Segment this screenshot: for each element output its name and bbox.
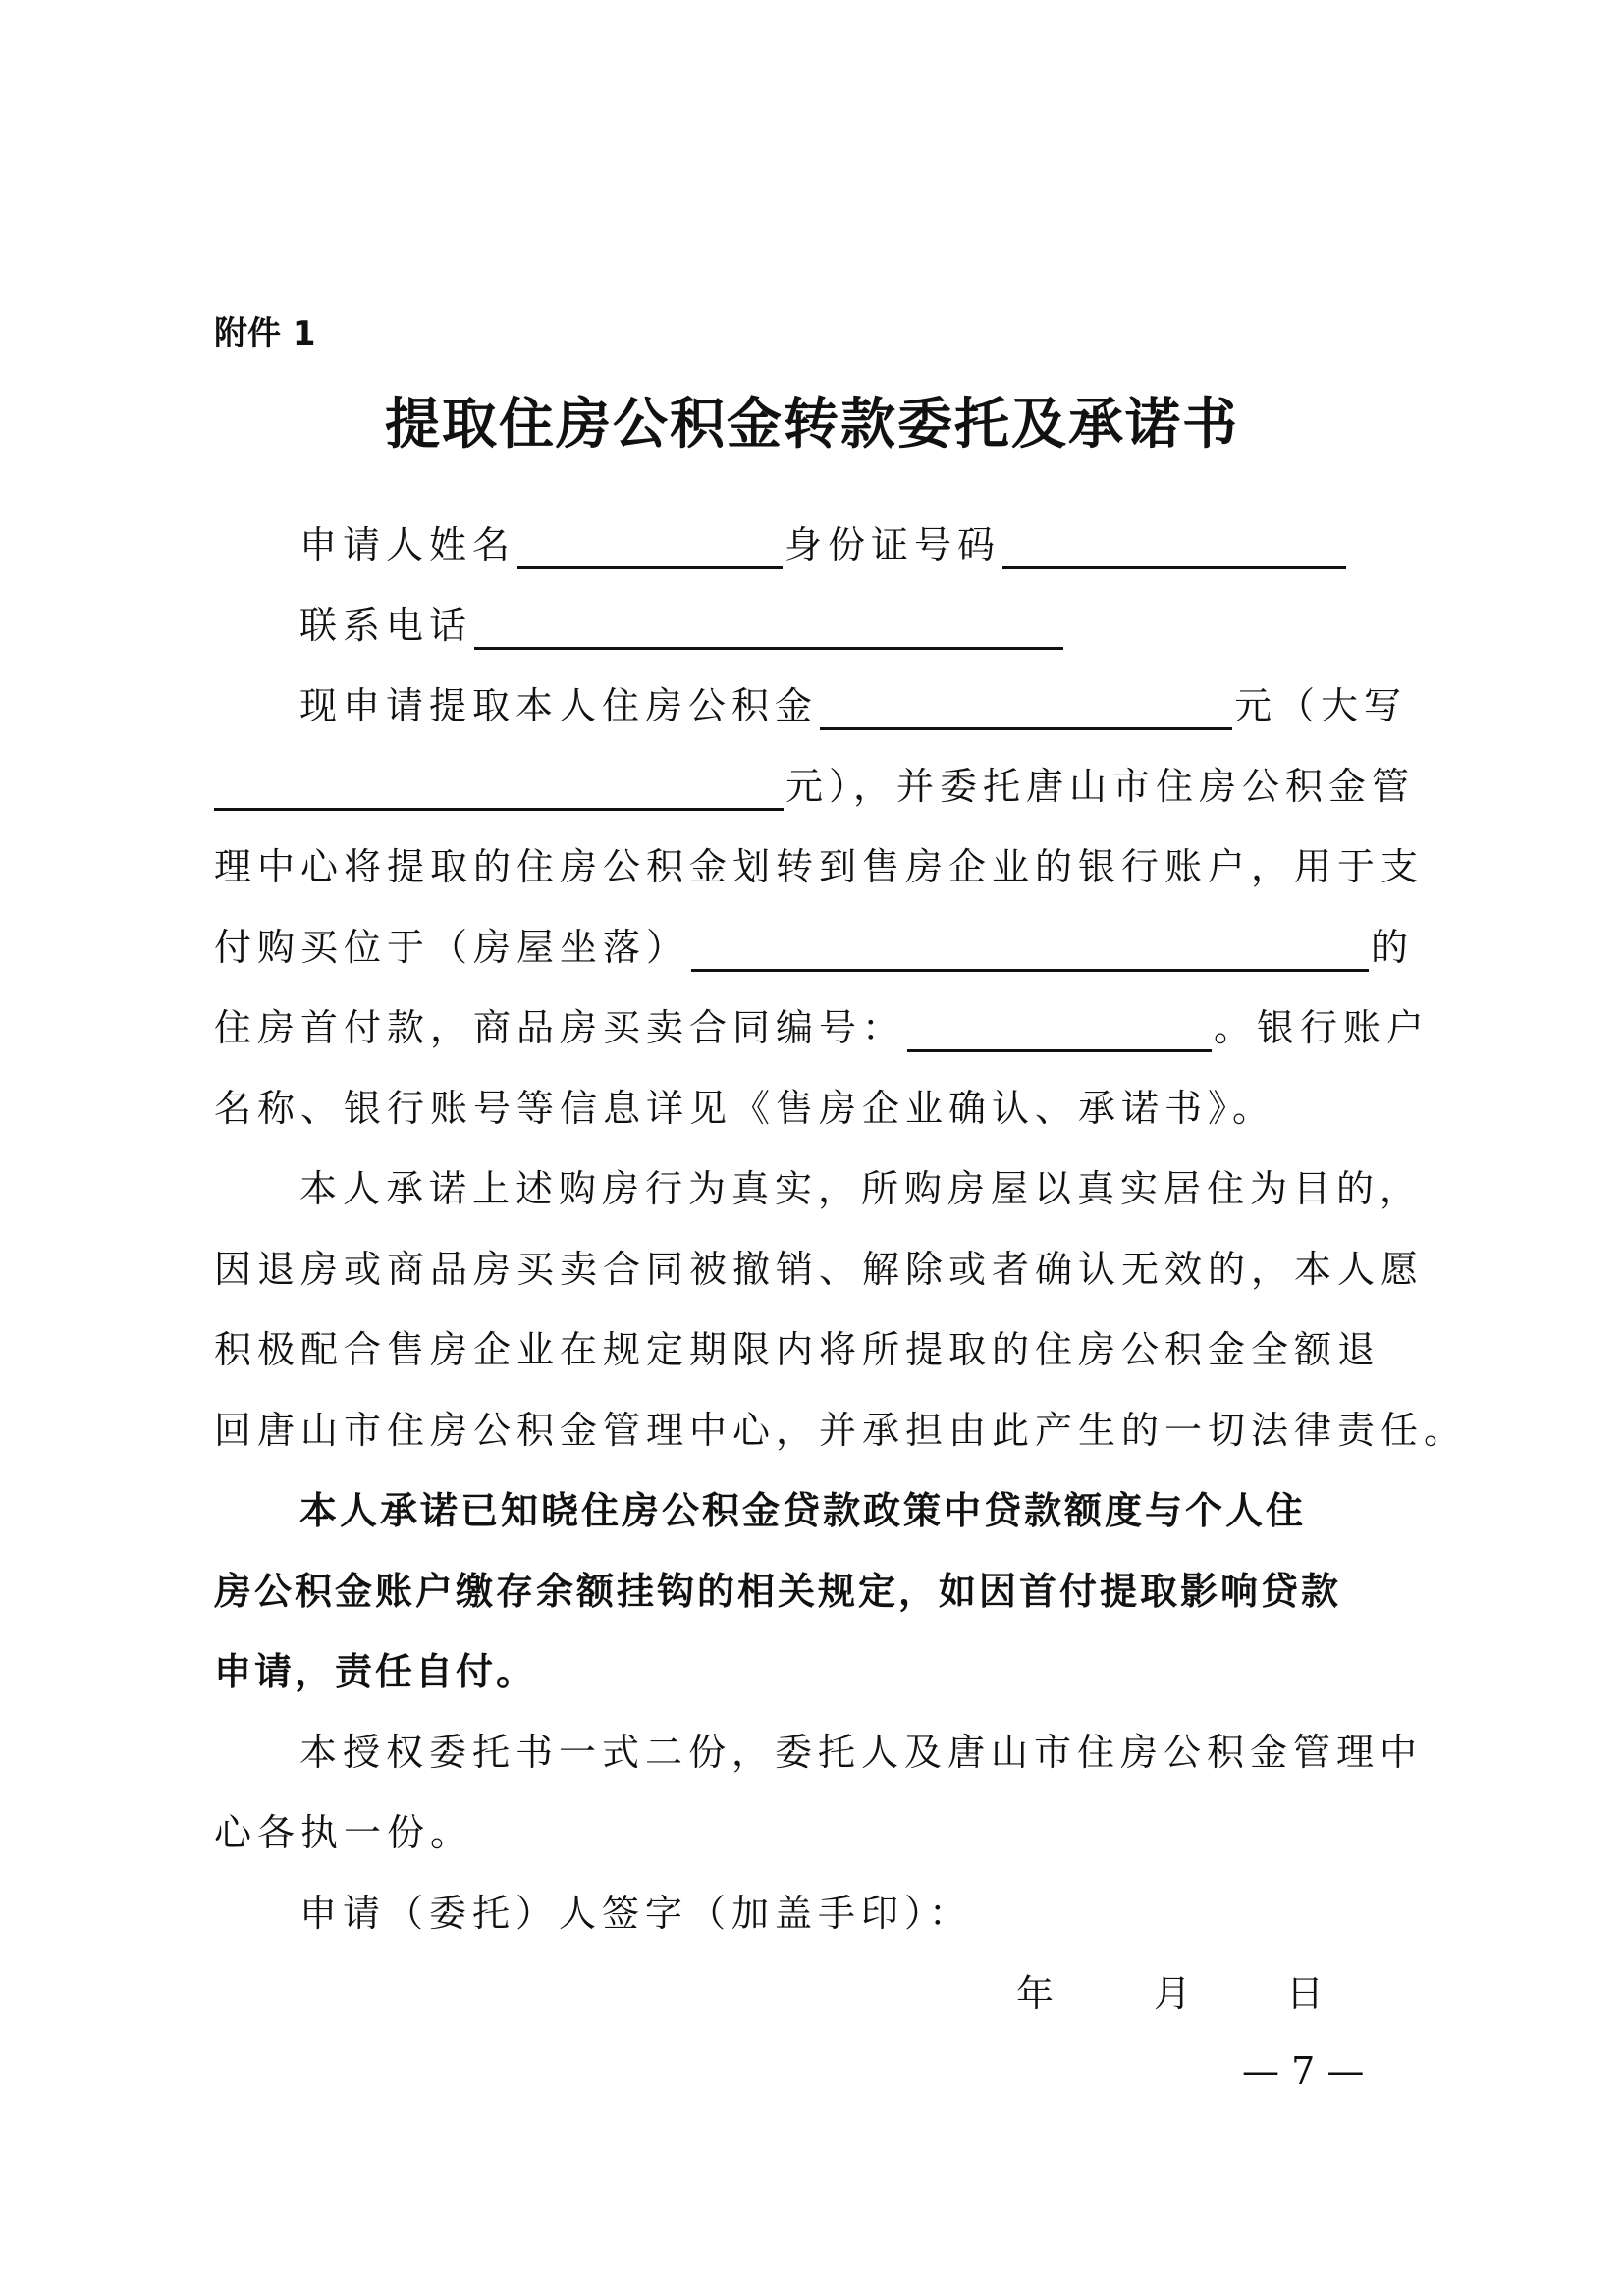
para2-line2: 因退房或商品房买卖合同被撤销、解除或者确认无效的，本人愿 bbox=[214, 1245, 1424, 1294]
amount-uppercase-field[interactable] bbox=[214, 773, 784, 811]
para3-line1: 本人承诺已知晓住房公积金贷款政策中贷款额度与个人住 bbox=[299, 1486, 1306, 1535]
date-month: 月 bbox=[1154, 1969, 1197, 2018]
id-number-field[interactable] bbox=[1002, 531, 1346, 569]
applicant-info-row: 申请人姓名身份证号码 bbox=[299, 520, 1348, 569]
para4-line2: 心各执一份。 bbox=[214, 1808, 473, 1857]
date-day: 日 bbox=[1286, 1969, 1329, 2018]
phone-label: 联系电话 bbox=[299, 604, 472, 647]
para1-line5: 住房首付款，商品房买卖合同编号：。银行账户 bbox=[214, 1003, 1430, 1052]
date-year: 年 bbox=[1016, 1969, 1059, 2018]
property-location-field[interactable] bbox=[691, 934, 1369, 972]
para3-line2: 房公积金账户缴存余额挂钩的相关规定，如因首付提取影响贷款 bbox=[214, 1567, 1341, 1616]
para1-line6: 名称、银行账号等信息详见《售房企业确认、承诺书》。 bbox=[214, 1084, 1275, 1133]
para1-line4: 付购买位于（房屋坐落）的 bbox=[214, 923, 1414, 972]
para3-line3: 申请，责任自付。 bbox=[214, 1647, 536, 1696]
para1-text: 的 bbox=[1371, 926, 1414, 969]
para4-line1: 本授权委托书一式二份，委托人及唐山市住房公积金管理中 bbox=[299, 1728, 1423, 1777]
para1-line3: 理中心将提取的住房公积金划转到售房企业的银行账户，用于支 bbox=[214, 842, 1424, 891]
para2-line1: 本人承诺上述购房行为真实，所购房屋以真实居住为目的， bbox=[299, 1164, 1423, 1213]
phone-row: 联系电话 bbox=[299, 601, 1065, 650]
para1-text: 。银行账户 bbox=[1214, 1006, 1430, 1049]
para2-line3: 积极配合售房企业在规定期限内将所提取的住房公积金全额退 bbox=[214, 1325, 1380, 1374]
para1-text: 元），并委托唐山市住房公积金管 bbox=[785, 765, 1415, 808]
para1-text: 付购买位于（房屋坐落） bbox=[214, 926, 689, 969]
para1-text: 元（大写 bbox=[1234, 684, 1407, 727]
para1-line1: 现申请提取本人住房公积金元（大写 bbox=[299, 681, 1407, 730]
phone-field[interactable] bbox=[474, 612, 1063, 650]
document-title: 提取住房公积金转款委托及承诺书 bbox=[0, 381, 1624, 459]
page-number: — 7 — bbox=[1242, 2050, 1364, 2093]
applicant-name-label: 申请人姓名 bbox=[299, 523, 515, 566]
signature-label: 申请（委托）人签字（加盖手印）： bbox=[299, 1889, 972, 1938]
applicant-name-field[interactable] bbox=[517, 531, 783, 569]
contract-number-field[interactable] bbox=[907, 1014, 1212, 1052]
para1-text: 住房首付款，商品房买卖合同编号： bbox=[214, 1006, 905, 1049]
para1-text: 现申请提取本人住房公积金 bbox=[299, 684, 818, 727]
para1-line2: 元），并委托唐山市住房公积金管 bbox=[214, 762, 1415, 811]
amount-field[interactable] bbox=[820, 692, 1232, 730]
attachment-label: 附件 1 bbox=[214, 306, 316, 354]
id-number-label: 身份证号码 bbox=[785, 523, 1001, 566]
para2-line4: 回唐山市住房公积金管理中心，并承担由此产生的一切法律责任。 bbox=[214, 1406, 1467, 1455]
